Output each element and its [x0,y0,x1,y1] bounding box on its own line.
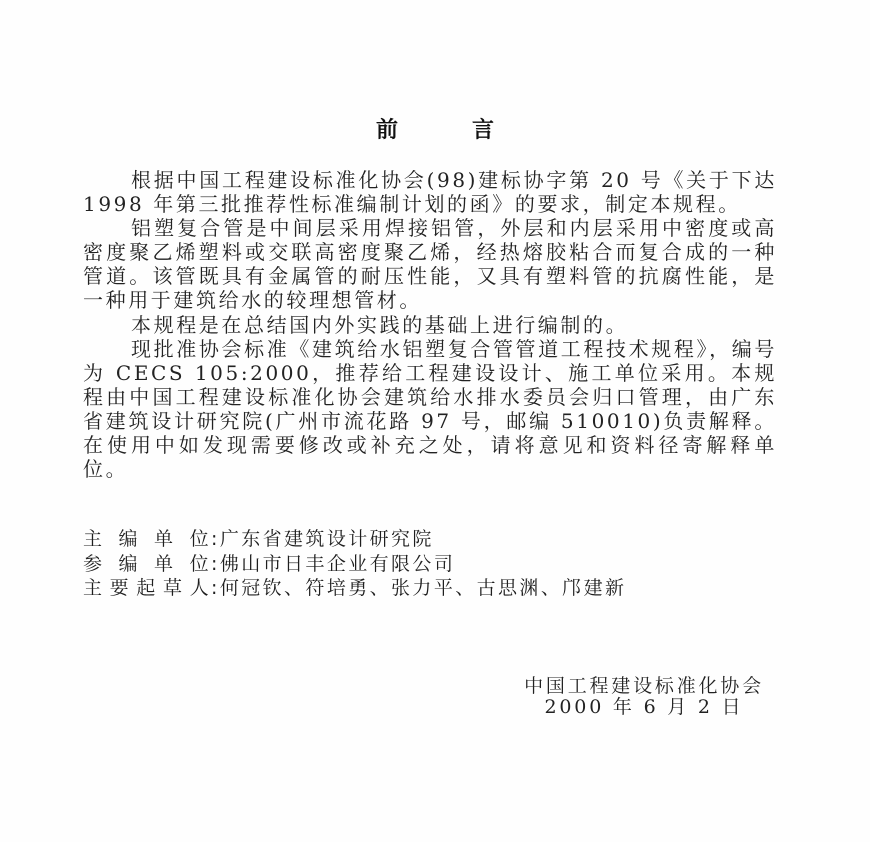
signature-date: 2000 年 6 月 2 日 [508,697,780,718]
signature-organization: 中国工程建设标准化协会 [508,676,780,697]
credit-colon: : [211,576,220,601]
title-char-1: 前 [376,117,398,145]
credit-row-co-editor: 参编单位:佛山市日丰企业有限公司 [83,552,626,577]
credit-value: 佛山市日丰企业有限公司 [220,552,455,577]
page-title: 前言 [0,117,870,145]
credit-row-chief-editor: 主编单位:广东省建筑设计研究院 [83,527,626,552]
preface-body: 根据中国工程建设标准化协会(98)建标协字第 20 号《关于下达 1998 年第… [83,168,777,481]
document-page: 前言 根据中国工程建设标准化协会(98)建标协字第 20 号《关于下达 1998… [0,0,870,842]
title-char-2: 言 [472,117,494,145]
credit-label: 主要起草人 [83,576,211,601]
credit-value: 广东省建筑设计研究院 [220,527,434,552]
credits-block: 主编单位:广东省建筑设计研究院 参编单位:佛山市日丰企业有限公司 主要起草人:何… [83,527,626,601]
signature-block: 中国工程建设标准化协会 2000 年 6 月 2 日 [508,676,780,718]
credit-label: 参编单位 [83,552,211,577]
credit-colon: : [211,552,220,577]
paragraph-mandate: 根据中国工程建设标准化协会(98)建标协字第 20 号《关于下达 1998 年第… [83,168,777,216]
paragraph-basis: 本规程是在总结国内外实践的基础上进行编制的。 [83,313,777,337]
credit-colon: : [211,527,220,552]
credit-row-drafters: 主要起草人:何冠钦、符培勇、张力平、古思渊、邝建新 [83,576,626,601]
credit-value: 何冠钦、符培勇、张力平、古思渊、邝建新 [220,576,627,601]
paragraph-description: 铝塑复合管是中间层采用焊接铝管，外层和内层采用中密度或高密度聚乙烯塑料或交联高密… [83,216,777,312]
credit-label: 主编单位 [83,527,211,552]
paragraph-approval: 现批准协会标准《建筑给水铝塑复合管管道工程技术规程》，编号为 CECS 105:… [83,337,777,482]
